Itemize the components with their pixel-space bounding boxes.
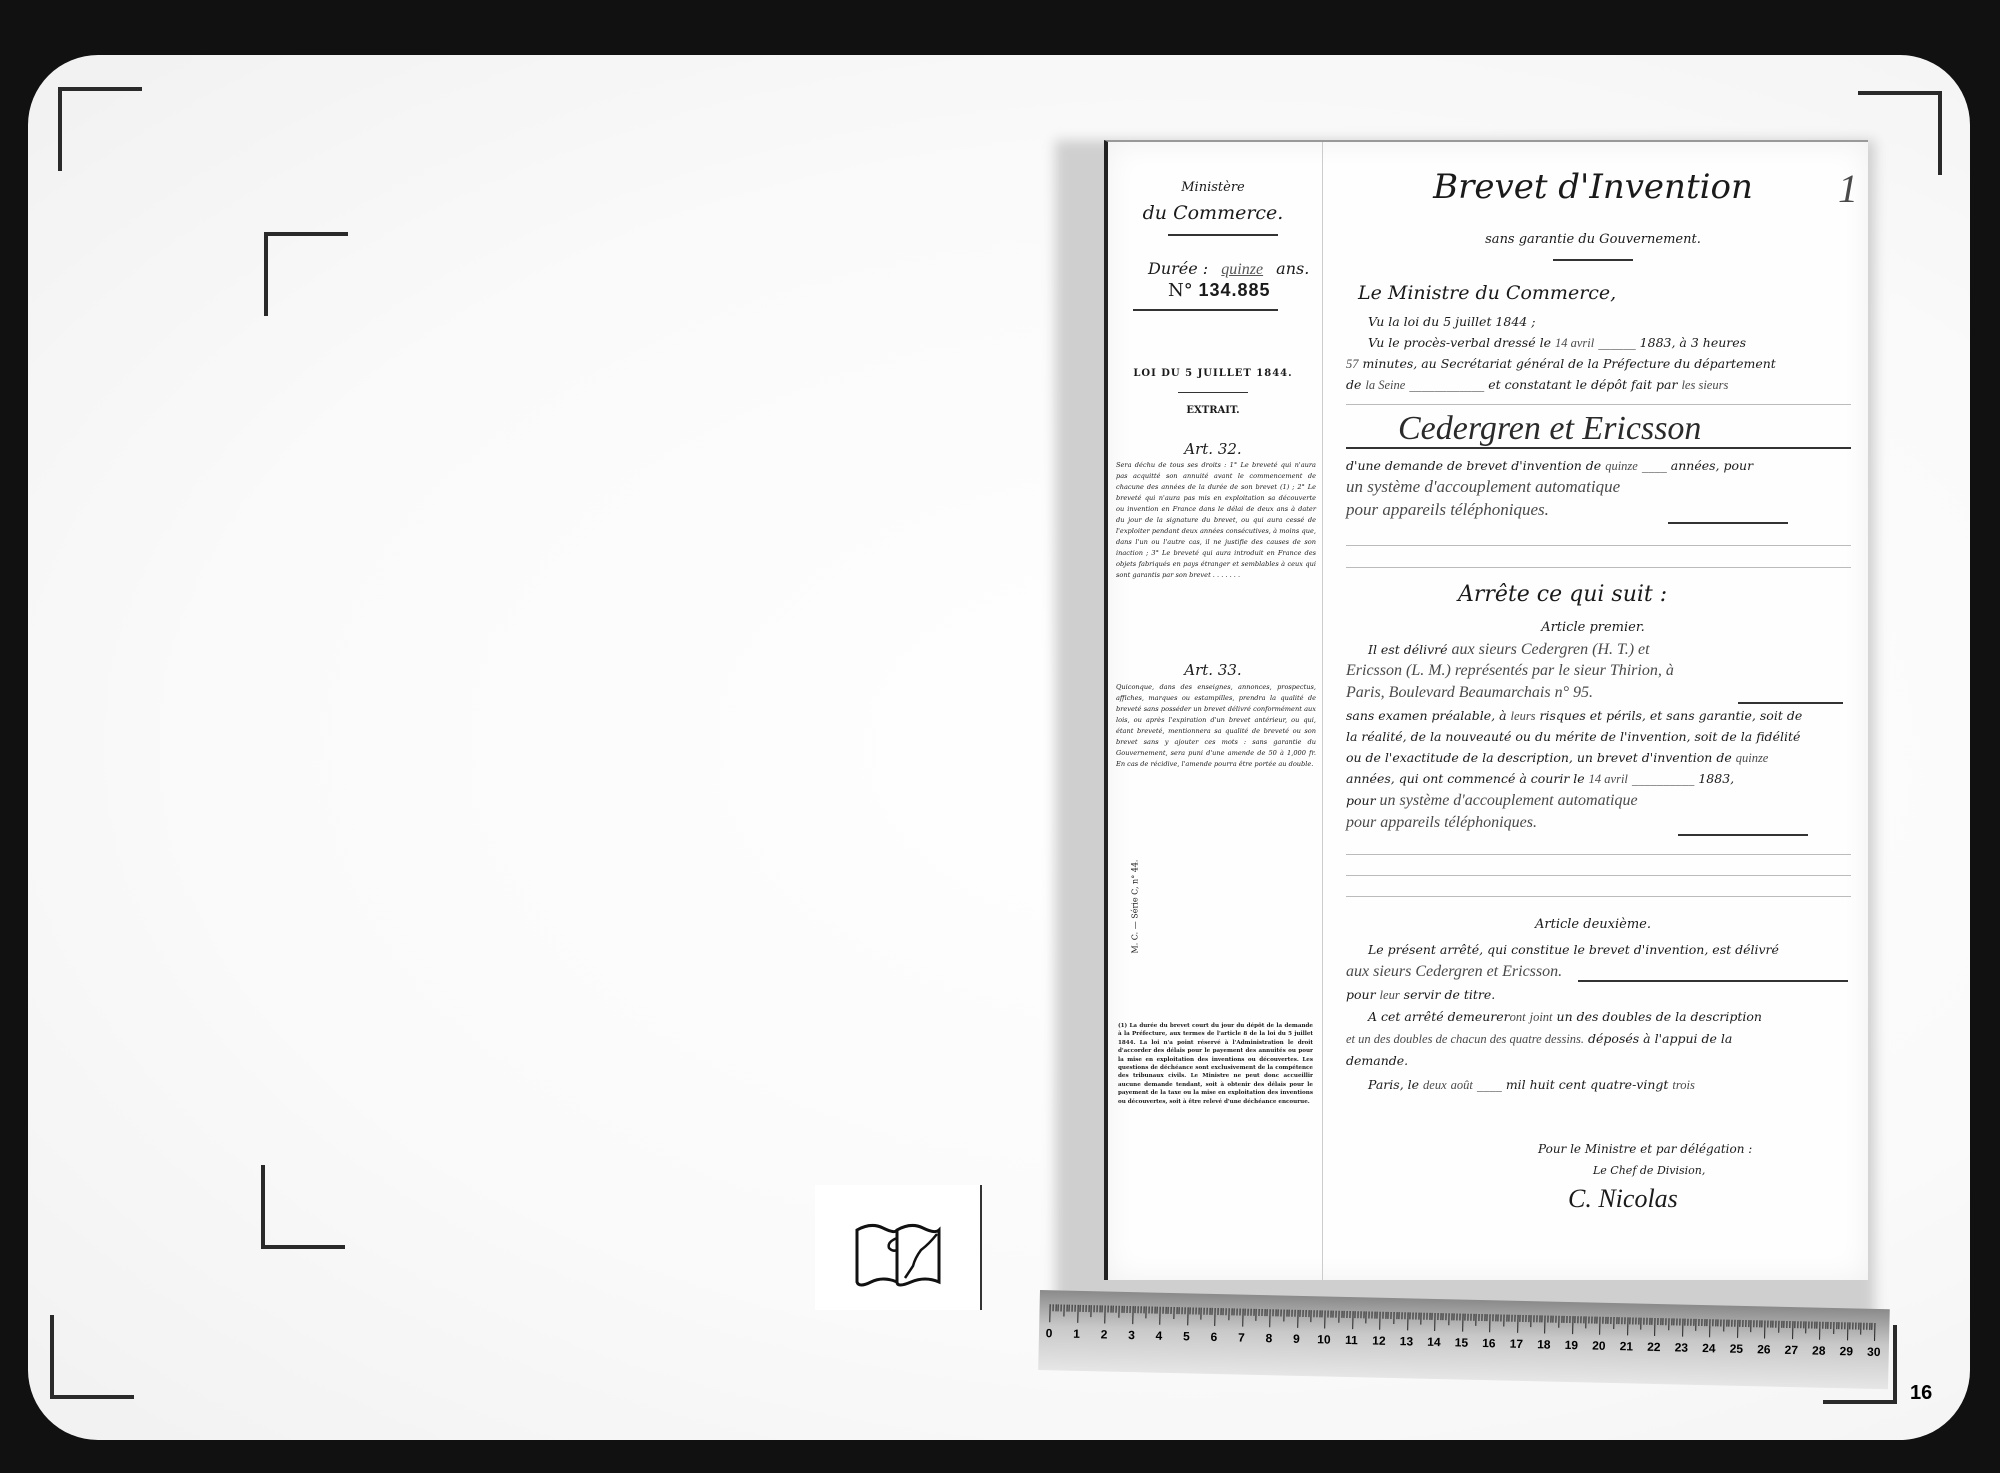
ruler-tick bbox=[1701, 1319, 1702, 1326]
ruler-tick bbox=[1869, 1323, 1870, 1330]
ruler-tick bbox=[1462, 1314, 1463, 1332]
ruler-tick bbox=[1627, 1317, 1628, 1335]
page-marker: 16 bbox=[1910, 1382, 1932, 1405]
ruler-tick bbox=[1489, 1314, 1490, 1332]
form-rule bbox=[1578, 980, 1848, 982]
ruler-tick bbox=[1693, 1319, 1694, 1326]
ruler-tick bbox=[1214, 1308, 1215, 1326]
ruler-label: 1 bbox=[1073, 1327, 1080, 1341]
ruler-label: 9 bbox=[1293, 1332, 1300, 1346]
minister-heading: Le Ministre du Commerce, bbox=[1358, 282, 1878, 304]
ruler-tick bbox=[1157, 1307, 1158, 1314]
ruler-tick bbox=[1759, 1320, 1760, 1327]
ruler-tick bbox=[1668, 1318, 1669, 1330]
ruler-label: 29 bbox=[1839, 1344, 1853, 1358]
ruler-label: 18 bbox=[1537, 1337, 1551, 1351]
ruler-tick bbox=[1839, 1322, 1840, 1329]
ruler-tick bbox=[1080, 1305, 1081, 1312]
ruler-tick bbox=[1583, 1316, 1584, 1323]
invention-title-1: un système d'accouplement automatique bbox=[1346, 479, 1851, 495]
ruler-tick bbox=[1630, 1317, 1631, 1324]
ruler-tick bbox=[1635, 1318, 1636, 1325]
ruler-tick bbox=[1209, 1308, 1210, 1315]
ruler-tick bbox=[1445, 1313, 1446, 1320]
pv-year: 1883, à 3 heures bbox=[1640, 335, 1746, 350]
date-year-hw: trois bbox=[1672, 1078, 1694, 1092]
ruler-tick bbox=[1085, 1305, 1086, 1312]
ruler-tick bbox=[1148, 1306, 1149, 1313]
ruler-tick bbox=[1676, 1318, 1677, 1325]
ruler-tick bbox=[1577, 1316, 1578, 1323]
ruler-tick bbox=[1805, 1321, 1806, 1333]
a1-line-8: pour un système d'accouplement automatiq… bbox=[1346, 793, 1851, 809]
ruler-tick bbox=[1124, 1306, 1125, 1313]
annees-pour: années, pour bbox=[1671, 458, 1753, 473]
ruler-tick bbox=[1594, 1317, 1595, 1324]
ruler-tick bbox=[1421, 1313, 1422, 1325]
ruler-tick bbox=[1418, 1313, 1419, 1320]
extrait-heading: EXTRAIT. bbox=[1118, 405, 1308, 416]
form-rule bbox=[1346, 875, 1851, 876]
a1-date: 14 avril bbox=[1589, 772, 1628, 786]
a1-line-5: la réalité, de la nouveauté ou du mérite… bbox=[1346, 729, 1851, 745]
ruler-tick bbox=[1297, 1310, 1298, 1328]
a1-leurs: leurs bbox=[1511, 709, 1536, 723]
a1-line-9: pour appareils téléphoniques. bbox=[1346, 815, 1851, 831]
ruler-tick bbox=[1762, 1320, 1763, 1327]
ruler-tick bbox=[1495, 1314, 1496, 1321]
ruler-tick bbox=[1456, 1313, 1457, 1320]
ruler-tick bbox=[1709, 1319, 1710, 1337]
ruler-tick bbox=[1781, 1321, 1782, 1328]
ruler-tick bbox=[1195, 1308, 1196, 1315]
demande-text: d'une demande de brevet d'invention de bbox=[1346, 458, 1601, 473]
a2-joint: joint bbox=[1530, 1010, 1553, 1024]
ruler-tick bbox=[1443, 1313, 1444, 1320]
ruler-tick bbox=[1286, 1310, 1287, 1317]
ruler-tick bbox=[1624, 1317, 1625, 1324]
ruler-tick bbox=[1797, 1321, 1798, 1328]
ruler-tick bbox=[1459, 1314, 1460, 1321]
ruler-tick bbox=[1514, 1315, 1515, 1322]
ruler-tick bbox=[1382, 1312, 1383, 1319]
ruler-tick bbox=[1467, 1314, 1468, 1321]
ruler-tick bbox=[1055, 1304, 1056, 1311]
ruler-tick bbox=[1385, 1312, 1386, 1319]
ruler-tick bbox=[1159, 1307, 1160, 1325]
ruler-tick bbox=[1217, 1308, 1218, 1315]
ruler-tick bbox=[1278, 1309, 1279, 1316]
ornament-rule bbox=[1178, 392, 1248, 393]
ruler-tick bbox=[1327, 1311, 1328, 1318]
a2-text: servir de titre. bbox=[1404, 987, 1496, 1002]
ruler-tick bbox=[1836, 1322, 1837, 1329]
ruler-tick bbox=[1330, 1311, 1331, 1318]
ruler-tick bbox=[1352, 1311, 1353, 1329]
ruler-tick bbox=[1049, 1304, 1050, 1322]
ruler-tick bbox=[1632, 1317, 1633, 1324]
ruler-tick bbox=[1844, 1322, 1845, 1329]
ruler-tick bbox=[1550, 1316, 1551, 1323]
ruler-tick bbox=[1511, 1315, 1512, 1322]
ruler-tick bbox=[1063, 1305, 1064, 1317]
ruler-tick bbox=[1786, 1321, 1787, 1328]
patent-document: Ministère du Commerce. Durée : quinze an… bbox=[1104, 140, 1868, 1280]
ruler-tick bbox=[1267, 1309, 1268, 1316]
ruler-tick bbox=[1275, 1309, 1276, 1316]
ruler-tick bbox=[1102, 1305, 1103, 1312]
ruler-tick bbox=[1088, 1305, 1089, 1312]
ruler-tick bbox=[1256, 1309, 1257, 1321]
ruler-label: 14 bbox=[1427, 1335, 1441, 1349]
ruler-tick bbox=[1685, 1319, 1686, 1326]
minutes-line: 57 minutes, au Secrétariat général de la… bbox=[1346, 356, 1851, 372]
document-title: Brevet d'Invention 1 bbox=[1333, 167, 1853, 207]
patent-number: 134.885 bbox=[1198, 280, 1270, 300]
ruler-tick bbox=[1135, 1306, 1136, 1313]
ruler-tick bbox=[1569, 1316, 1570, 1323]
ruler-tick bbox=[1525, 1315, 1526, 1322]
ruler-tick bbox=[1575, 1316, 1576, 1323]
ruler-tick bbox=[1775, 1321, 1776, 1328]
ruler-label: 12 bbox=[1372, 1334, 1386, 1348]
ruler-tick bbox=[1860, 1323, 1861, 1335]
ruler-tick bbox=[1649, 1318, 1650, 1325]
ruler-tick bbox=[1731, 1320, 1732, 1327]
ruler-tick bbox=[1621, 1317, 1622, 1324]
ruler-tick bbox=[1118, 1306, 1119, 1318]
ruler-tick bbox=[1819, 1322, 1820, 1340]
ruler-label: 24 bbox=[1702, 1341, 1716, 1355]
ruler-tick bbox=[1566, 1316, 1567, 1323]
ruler-tick bbox=[1715, 1319, 1716, 1326]
ruler-tick bbox=[1335, 1311, 1336, 1318]
form-rule bbox=[1738, 702, 1843, 704]
ruler-tick bbox=[1094, 1305, 1095, 1312]
article1-title: Article premier. bbox=[1333, 620, 1853, 635]
ornament-rule bbox=[1168, 234, 1278, 236]
ruler-tick bbox=[1116, 1306, 1117, 1313]
ruler-tick bbox=[1366, 1311, 1367, 1323]
ruler-tick bbox=[1726, 1320, 1727, 1327]
ruler-tick bbox=[1597, 1317, 1598, 1324]
date-year-text: mil huit cent quatre-vingt bbox=[1506, 1077, 1669, 1092]
form-rule bbox=[1668, 522, 1788, 524]
ruler-tick bbox=[1379, 1312, 1380, 1330]
dept-prefix: de bbox=[1346, 377, 1361, 392]
a1-line-4: sans examen préalable, à leurs risques e… bbox=[1346, 708, 1851, 724]
ruler-tick bbox=[1671, 1318, 1672, 1325]
department: la Seine bbox=[1365, 378, 1405, 392]
ruler-tick bbox=[1272, 1309, 1273, 1316]
ruler-tick bbox=[1311, 1310, 1312, 1322]
a1-line-1: Il est délivré aux sieurs Cedergren (H. … bbox=[1368, 642, 1873, 658]
ruler-tick bbox=[1127, 1306, 1128, 1313]
a1-text: ou de l'exactitude de la description, un… bbox=[1346, 750, 1732, 765]
ruler-tick bbox=[1586, 1316, 1587, 1328]
ruler-tick bbox=[1371, 1312, 1372, 1319]
ruler-tick bbox=[1500, 1314, 1501, 1321]
crop-mark-inner-top-left bbox=[264, 232, 348, 316]
a2-text: A cet arrêté demeurer bbox=[1368, 1009, 1510, 1024]
ruler-tick bbox=[1660, 1318, 1661, 1325]
ruler-tick bbox=[1264, 1309, 1265, 1316]
ruler-tick bbox=[1407, 1312, 1408, 1330]
ruler-tick bbox=[1599, 1317, 1600, 1335]
art33-title: Art. 33. bbox=[1118, 661, 1308, 679]
ruler-tick bbox=[1187, 1307, 1188, 1325]
ruler-tick bbox=[1454, 1313, 1455, 1320]
ruler-tick bbox=[1234, 1308, 1235, 1315]
ruler-tick bbox=[1641, 1318, 1642, 1330]
ruler-tick bbox=[1858, 1323, 1859, 1330]
crop-mark-inner-bottom-left bbox=[261, 1165, 345, 1249]
ruler-tick bbox=[1470, 1314, 1471, 1321]
subtitle: sans garantie du Gouvernement. bbox=[1333, 232, 1853, 247]
ruler-tick bbox=[1280, 1309, 1281, 1316]
ruler-label: 30 bbox=[1867, 1345, 1881, 1359]
ruler-tick bbox=[1503, 1315, 1504, 1327]
ruler-tick bbox=[1374, 1312, 1375, 1319]
ruler-tick bbox=[1764, 1320, 1765, 1338]
ruler-tick bbox=[1517, 1315, 1518, 1333]
applicant-names: Cedergren et Ericsson bbox=[1398, 410, 1701, 448]
commerce-label: du Commerce. bbox=[1118, 202, 1308, 224]
ruler-tick bbox=[1448, 1313, 1449, 1325]
ruler-tick bbox=[1784, 1321, 1785, 1328]
crop-mark-bottom-left bbox=[50, 1315, 134, 1399]
ruler-tick bbox=[1616, 1317, 1617, 1324]
ruler-tick bbox=[1423, 1313, 1424, 1320]
ruler-label: 2 bbox=[1101, 1327, 1108, 1341]
ruler-tick bbox=[1363, 1311, 1364, 1318]
ruler-tick bbox=[1770, 1321, 1771, 1328]
ruler-tick bbox=[1748, 1320, 1749, 1327]
ornament-rule bbox=[1133, 309, 1278, 311]
ruler-tick bbox=[1201, 1308, 1202, 1320]
ruler-tick bbox=[1520, 1315, 1521, 1322]
demande-line: d'une demande de brevet d'invention de q… bbox=[1346, 458, 1851, 474]
ruler-tick bbox=[1247, 1309, 1248, 1316]
ruler-tick bbox=[1401, 1312, 1402, 1319]
ruler-tick bbox=[1498, 1314, 1499, 1321]
ruler-tick bbox=[1704, 1319, 1705, 1326]
a2-ont: ont bbox=[1510, 1010, 1526, 1024]
ruler-tick bbox=[1223, 1308, 1224, 1315]
ruler-tick bbox=[1360, 1311, 1361, 1318]
ruler-tick bbox=[1852, 1322, 1853, 1329]
a2-line-4: A cet arrêté demeureront joint un des do… bbox=[1368, 1009, 1873, 1025]
ruler-tick bbox=[1695, 1319, 1696, 1331]
ruler-label: 28 bbox=[1812, 1344, 1826, 1358]
ruler-tick bbox=[1613, 1317, 1614, 1329]
ruler-tick bbox=[1872, 1323, 1873, 1330]
ruler-tick bbox=[1855, 1323, 1856, 1330]
ruler-tick bbox=[1415, 1313, 1416, 1320]
ruler-tick bbox=[1674, 1318, 1675, 1325]
ruler-label: 3 bbox=[1128, 1328, 1135, 1342]
date-day: deux bbox=[1423, 1078, 1447, 1092]
ruler-tick bbox=[1814, 1322, 1815, 1329]
ruler-tick bbox=[1679, 1319, 1680, 1326]
ruler-tick bbox=[1083, 1305, 1084, 1312]
ruler-tick bbox=[1698, 1319, 1699, 1326]
ruler-tick bbox=[1580, 1316, 1581, 1323]
ruler-tick bbox=[1572, 1316, 1573, 1334]
ruler-tick bbox=[1866, 1323, 1867, 1330]
ruler-tick bbox=[1231, 1308, 1232, 1315]
ruler-tick bbox=[1800, 1321, 1801, 1328]
ruler-tick bbox=[1341, 1311, 1342, 1318]
ruler-label: 17 bbox=[1510, 1337, 1524, 1351]
ruler-tick bbox=[1239, 1309, 1240, 1316]
ruler-tick bbox=[1165, 1307, 1166, 1314]
ruler-tick bbox=[1687, 1319, 1688, 1326]
chef-division: Le Chef de Division, bbox=[1593, 1164, 1705, 1177]
a1-line-3: Paris, Boulevard Beaumarchais n° 95. bbox=[1346, 685, 1851, 701]
a2-drawings: et un des doubles de chacun des quatre d… bbox=[1346, 1032, 1584, 1046]
ruler-label: 21 bbox=[1620, 1339, 1634, 1353]
column-divider bbox=[1322, 142, 1323, 1280]
a1-text: années, qui ont commencé à courir le bbox=[1346, 771, 1585, 786]
ruler-tick bbox=[1253, 1309, 1254, 1316]
ruler-tick bbox=[1588, 1316, 1589, 1323]
ruler-tick bbox=[1729, 1320, 1730, 1327]
pv-date: 14 avril bbox=[1555, 336, 1594, 350]
a1-line-7: années, qui ont commencé à courir le 14 … bbox=[1346, 771, 1851, 787]
ruler-tick bbox=[1357, 1311, 1358, 1318]
form-reference: M. C. — Série C, n° 44. bbox=[1130, 860, 1139, 954]
ruler-tick bbox=[1404, 1312, 1405, 1319]
ruler-tick bbox=[1291, 1310, 1292, 1317]
form-rule bbox=[1346, 545, 1851, 546]
ruler-tick bbox=[1465, 1314, 1466, 1321]
ruler-tick bbox=[1390, 1312, 1391, 1319]
ruler-tick bbox=[1077, 1305, 1078, 1323]
ruler-tick bbox=[1528, 1315, 1529, 1322]
ruler-tick bbox=[1663, 1318, 1664, 1325]
a1-line-6: ou de l'exactitude de la description, un… bbox=[1346, 750, 1851, 766]
a2-leur: leur bbox=[1380, 988, 1400, 1002]
ruler-tick bbox=[1531, 1315, 1532, 1327]
ruler-tick bbox=[1434, 1313, 1435, 1331]
ruler-tick bbox=[1396, 1312, 1397, 1319]
ruler-label: 15 bbox=[1455, 1335, 1469, 1349]
ruler-tick bbox=[1734, 1320, 1735, 1327]
demande-duree: quinze bbox=[1605, 459, 1638, 473]
ruler-tick bbox=[1410, 1312, 1411, 1319]
ruler-tick bbox=[1817, 1322, 1818, 1329]
ruler-tick bbox=[1440, 1313, 1441, 1320]
ruler-tick bbox=[1121, 1306, 1122, 1313]
ruler-tick bbox=[1778, 1321, 1779, 1333]
ruler-tick bbox=[1654, 1318, 1655, 1336]
form-rule bbox=[1346, 447, 1851, 449]
ruler-tick bbox=[1212, 1308, 1213, 1315]
a1-text: sans examen préalable, à bbox=[1346, 708, 1507, 723]
ruler-tick bbox=[1803, 1321, 1804, 1328]
ruler-tick bbox=[1132, 1306, 1133, 1324]
arrete-heading: Arrête ce qui suit : bbox=[1458, 582, 1667, 607]
vu-pv-text-2: minutes, au Secrétariat général de la Pr… bbox=[1362, 356, 1775, 371]
form-rule bbox=[1346, 854, 1851, 855]
pv-minutes: 57 bbox=[1346, 357, 1359, 371]
ruler-tick bbox=[1610, 1317, 1611, 1324]
ruler-tick bbox=[1432, 1313, 1433, 1320]
ruler-tick bbox=[1619, 1317, 1620, 1324]
ruler-tick bbox=[1322, 1310, 1323, 1317]
ruler-label: 25 bbox=[1730, 1342, 1744, 1356]
footnote: (1) La durée du brevet court du jour du … bbox=[1118, 1022, 1313, 1106]
ruler-label: 10 bbox=[1317, 1332, 1331, 1346]
ruler-tick bbox=[1742, 1320, 1743, 1327]
paris-label: Paris, le bbox=[1368, 1077, 1419, 1092]
numero-label: N° bbox=[1168, 280, 1193, 301]
ruler-tick bbox=[1652, 1318, 1653, 1325]
ruler-tick bbox=[1522, 1315, 1523, 1322]
ruler-tick bbox=[1412, 1312, 1413, 1319]
ruler-tick bbox=[1096, 1305, 1097, 1312]
duree-label: Durée : bbox=[1148, 259, 1208, 278]
ruler-tick bbox=[1388, 1312, 1389, 1319]
ruler-tick bbox=[1841, 1322, 1842, 1329]
ruler-label: 7 bbox=[1238, 1331, 1245, 1345]
ruler-tick bbox=[1143, 1306, 1144, 1313]
invention-title-2: pour appareils téléphoniques. bbox=[1346, 502, 1851, 518]
ruler-tick bbox=[1368, 1311, 1369, 1318]
a2-line-6: demande. bbox=[1346, 1053, 1851, 1069]
ruler-tick bbox=[1346, 1311, 1347, 1318]
title-text: Brevet d'Invention bbox=[1433, 167, 1753, 207]
ruler-tick bbox=[1720, 1319, 1721, 1326]
a1-duree: quinze bbox=[1736, 751, 1769, 765]
ruler-tick bbox=[1822, 1322, 1823, 1329]
ruler-tick bbox=[1451, 1313, 1452, 1320]
sheet-number: 1 bbox=[1838, 165, 1858, 212]
loi-heading: LOI DU 5 JUILLET 1844. bbox=[1118, 368, 1308, 379]
ruler-tick bbox=[1547, 1316, 1548, 1323]
a1-invention-1: un système d'accouplement automatique bbox=[1380, 792, 1638, 809]
ruler-tick bbox=[1847, 1322, 1848, 1340]
a2-line-5: et un des doubles de chacun des quatre d… bbox=[1346, 1031, 1851, 1047]
ruler-tick bbox=[1052, 1304, 1053, 1311]
ruler-tick bbox=[1539, 1315, 1540, 1322]
ruler-tick bbox=[1811, 1322, 1812, 1329]
numero-field: N° 134.885 bbox=[1168, 280, 1271, 301]
ruler-tick bbox=[1828, 1322, 1829, 1329]
ruler-tick bbox=[1355, 1311, 1356, 1318]
ruler-tick bbox=[1206, 1308, 1207, 1315]
ruler-tick bbox=[1533, 1315, 1534, 1322]
ruler-label: 22 bbox=[1647, 1340, 1661, 1354]
ruler-tick bbox=[1740, 1320, 1741, 1327]
ruler-tick bbox=[1203, 1308, 1204, 1315]
ruler-tick bbox=[1110, 1306, 1111, 1313]
ruler-tick bbox=[1792, 1321, 1793, 1339]
ruler-tick bbox=[1146, 1306, 1147, 1318]
ruler-tick bbox=[1061, 1304, 1062, 1311]
duree-unit: ans. bbox=[1276, 259, 1309, 278]
ruler-tick bbox=[1712, 1319, 1713, 1326]
ruler-tick bbox=[1072, 1305, 1073, 1312]
ornament-rule bbox=[1553, 259, 1633, 261]
ruler-tick bbox=[1558, 1316, 1559, 1328]
ruler-tick bbox=[1750, 1320, 1751, 1332]
ruler-label: 0 bbox=[1046, 1326, 1053, 1340]
ruler-tick bbox=[1484, 1314, 1485, 1321]
ruler-tick bbox=[1349, 1311, 1350, 1318]
ruler-tick bbox=[1830, 1322, 1831, 1329]
